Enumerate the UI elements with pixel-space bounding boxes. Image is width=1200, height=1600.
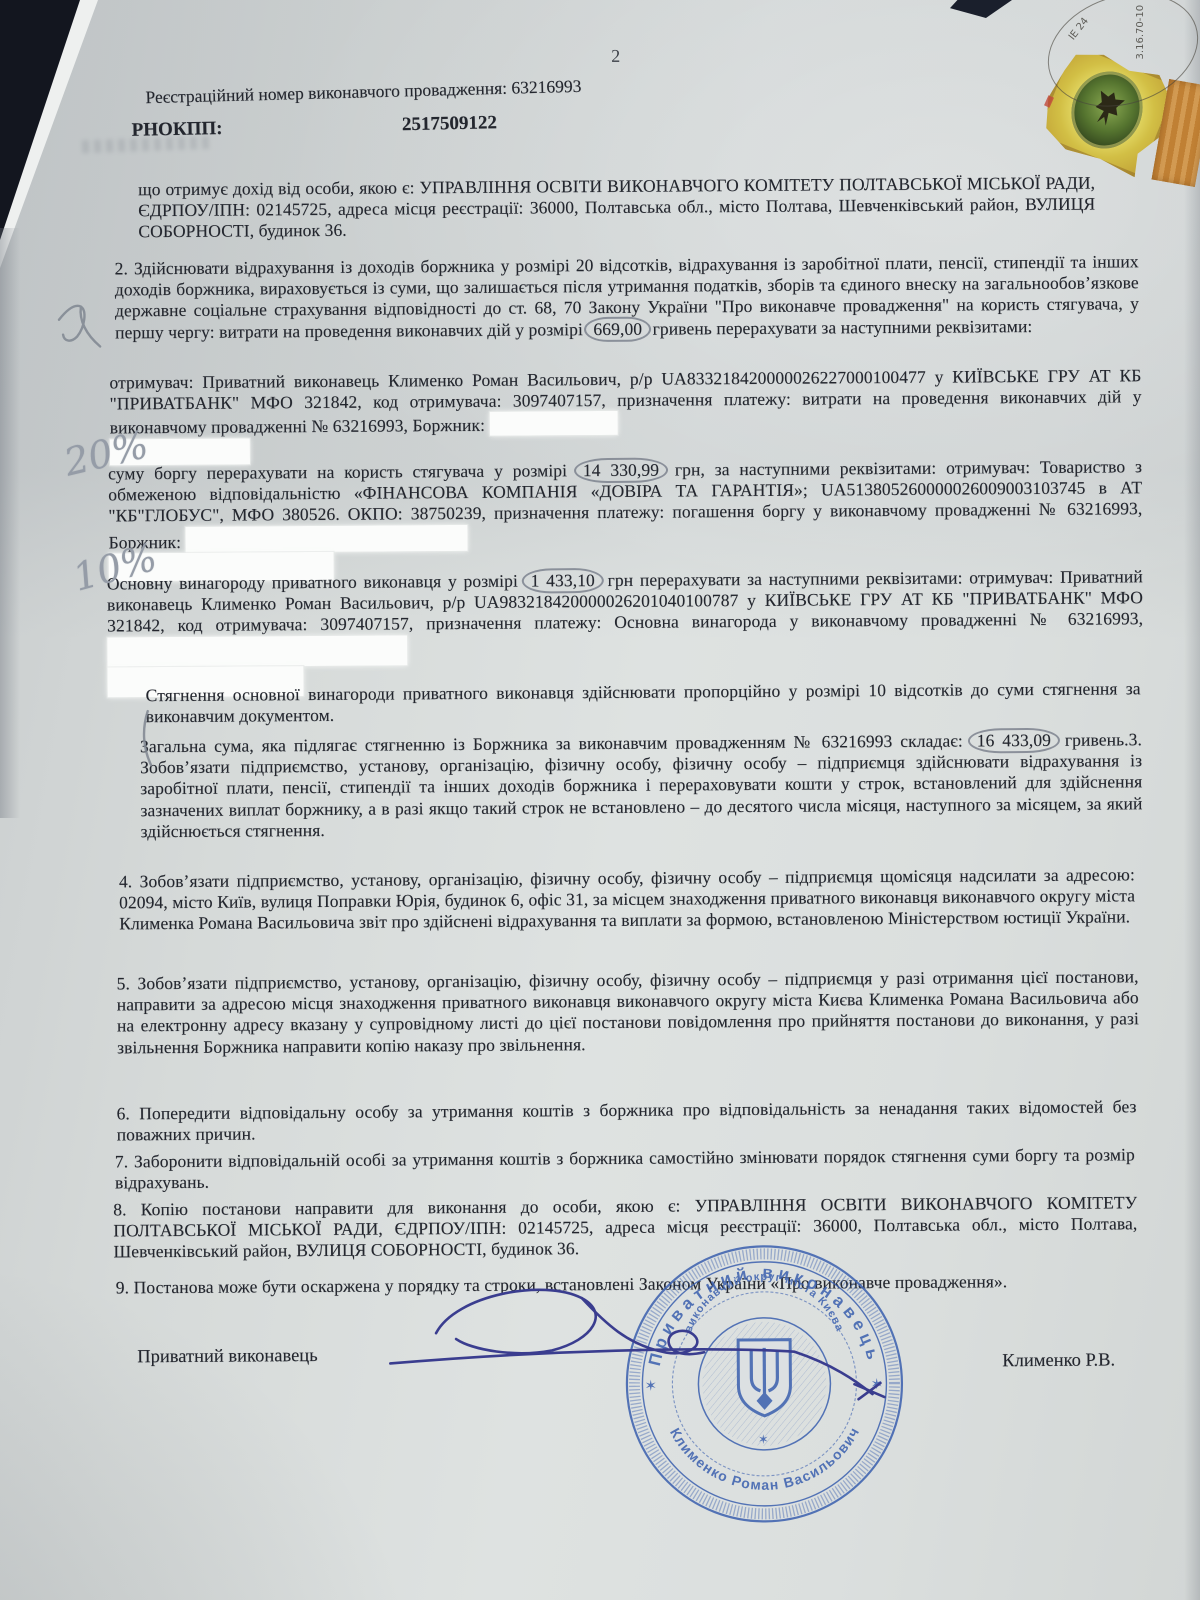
text-segment: 5. Зобов’язати підприємство, установу, о… — [117, 966, 1139, 1057]
redaction-box — [185, 525, 467, 553]
pen-circled-value: 14 330,99 — [574, 457, 668, 483]
executor-signoff-label: Приватний виконавець — [137, 1346, 318, 1368]
executor-name: Клименко Р.В. — [1002, 1350, 1115, 1372]
text-segment: отримувач: Приватний виконавець Клименко… — [109, 365, 1141, 438]
text-segment: 7. Заборонити відповідальній особі за ут… — [115, 1144, 1135, 1193]
clause-6-warning: 6. Попередити відповідальну особу за утр… — [116, 1096, 1136, 1146]
seal-star-left: ✶ — [644, 1378, 657, 1395]
rnokpp-label: РНОКПП: — [131, 118, 222, 141]
pen-circled-value: 1 433,10 — [521, 567, 603, 593]
rnokpp-row: РНОКПП: 2517509122 — [131, 112, 497, 142]
pen-circled-value: 669,00 — [584, 316, 651, 341]
text-segment: Стягнення основної винагороди приватного… — [146, 678, 1141, 726]
requisites-debt-sum: суму боргу перерахувати на користь стягу… — [108, 456, 1143, 582]
pen-circled-value: 16 433,09 — [968, 727, 1060, 753]
clause-2-deduction: 2. Здійснювати відрахування із доходів б… — [115, 251, 1140, 344]
requisites-execution-costs: отримувач: Приватний виконавець Клименко… — [109, 365, 1142, 466]
seal-star-right: ✶ — [870, 1376, 883, 1393]
clause-4-report: 4. Зобов’язати підприємство, установу, о… — [119, 864, 1135, 935]
income-source-paragraph: що отримує дохід від особи, якою є: УПРА… — [138, 172, 1095, 243]
registration-number: 63216993 — [511, 76, 581, 98]
text-segment: 6. Попередити відповідальну особу за утр… — [116, 1096, 1136, 1145]
redaction-box — [489, 411, 617, 436]
document-content: 2 Реєстраційний номер виконавчого провад… — [0, 0, 1200, 1600]
checkmark-annotation — [59, 306, 100, 347]
total-sum-and-clause-3: Загальна сума, яка підлягає стягненню із… — [140, 729, 1143, 843]
clause-5-notification: 5. Зобов’язати підприємство, установу, о… — [117, 966, 1140, 1059]
registration-label: Реєстраційний номер виконавчого провадже… — [145, 78, 507, 107]
registration-number-line: Реєстраційний номер виконавчого провадже… — [145, 76, 581, 108]
fee-proportion-paragraph: Стягнення основної винагороди приватного… — [146, 678, 1141, 728]
round-seal: Приватний виконавець виконавчий округ мі… — [613, 1233, 915, 1535]
document-photo: ІЕ 24 3.16.70-10 2 Реєстраційний номер в… — [0, 0, 1200, 1600]
text-segment: Основну винагороду приватного виконавця … — [107, 570, 525, 593]
rnokpp-value: 2517509122 — [402, 112, 497, 135]
text-segment: 4. Зобов’язати підприємство, установу, о… — [119, 864, 1135, 934]
text-segment: що отримує дохід від особи, якою є: УПРА… — [138, 172, 1095, 241]
seal-star-bottom: ✶ — [758, 1432, 769, 1447]
redaction-box — [107, 635, 407, 667]
text-segment: суму боргу перерахувати на користь стягу… — [108, 460, 577, 483]
page-number: 2 — [611, 46, 620, 67]
text-segment: гривень перерахувати за наступними рекві… — [648, 316, 1032, 339]
clause-7-prohibition: 7. Заборонити відповідальній особі за ут… — [115, 1144, 1135, 1194]
